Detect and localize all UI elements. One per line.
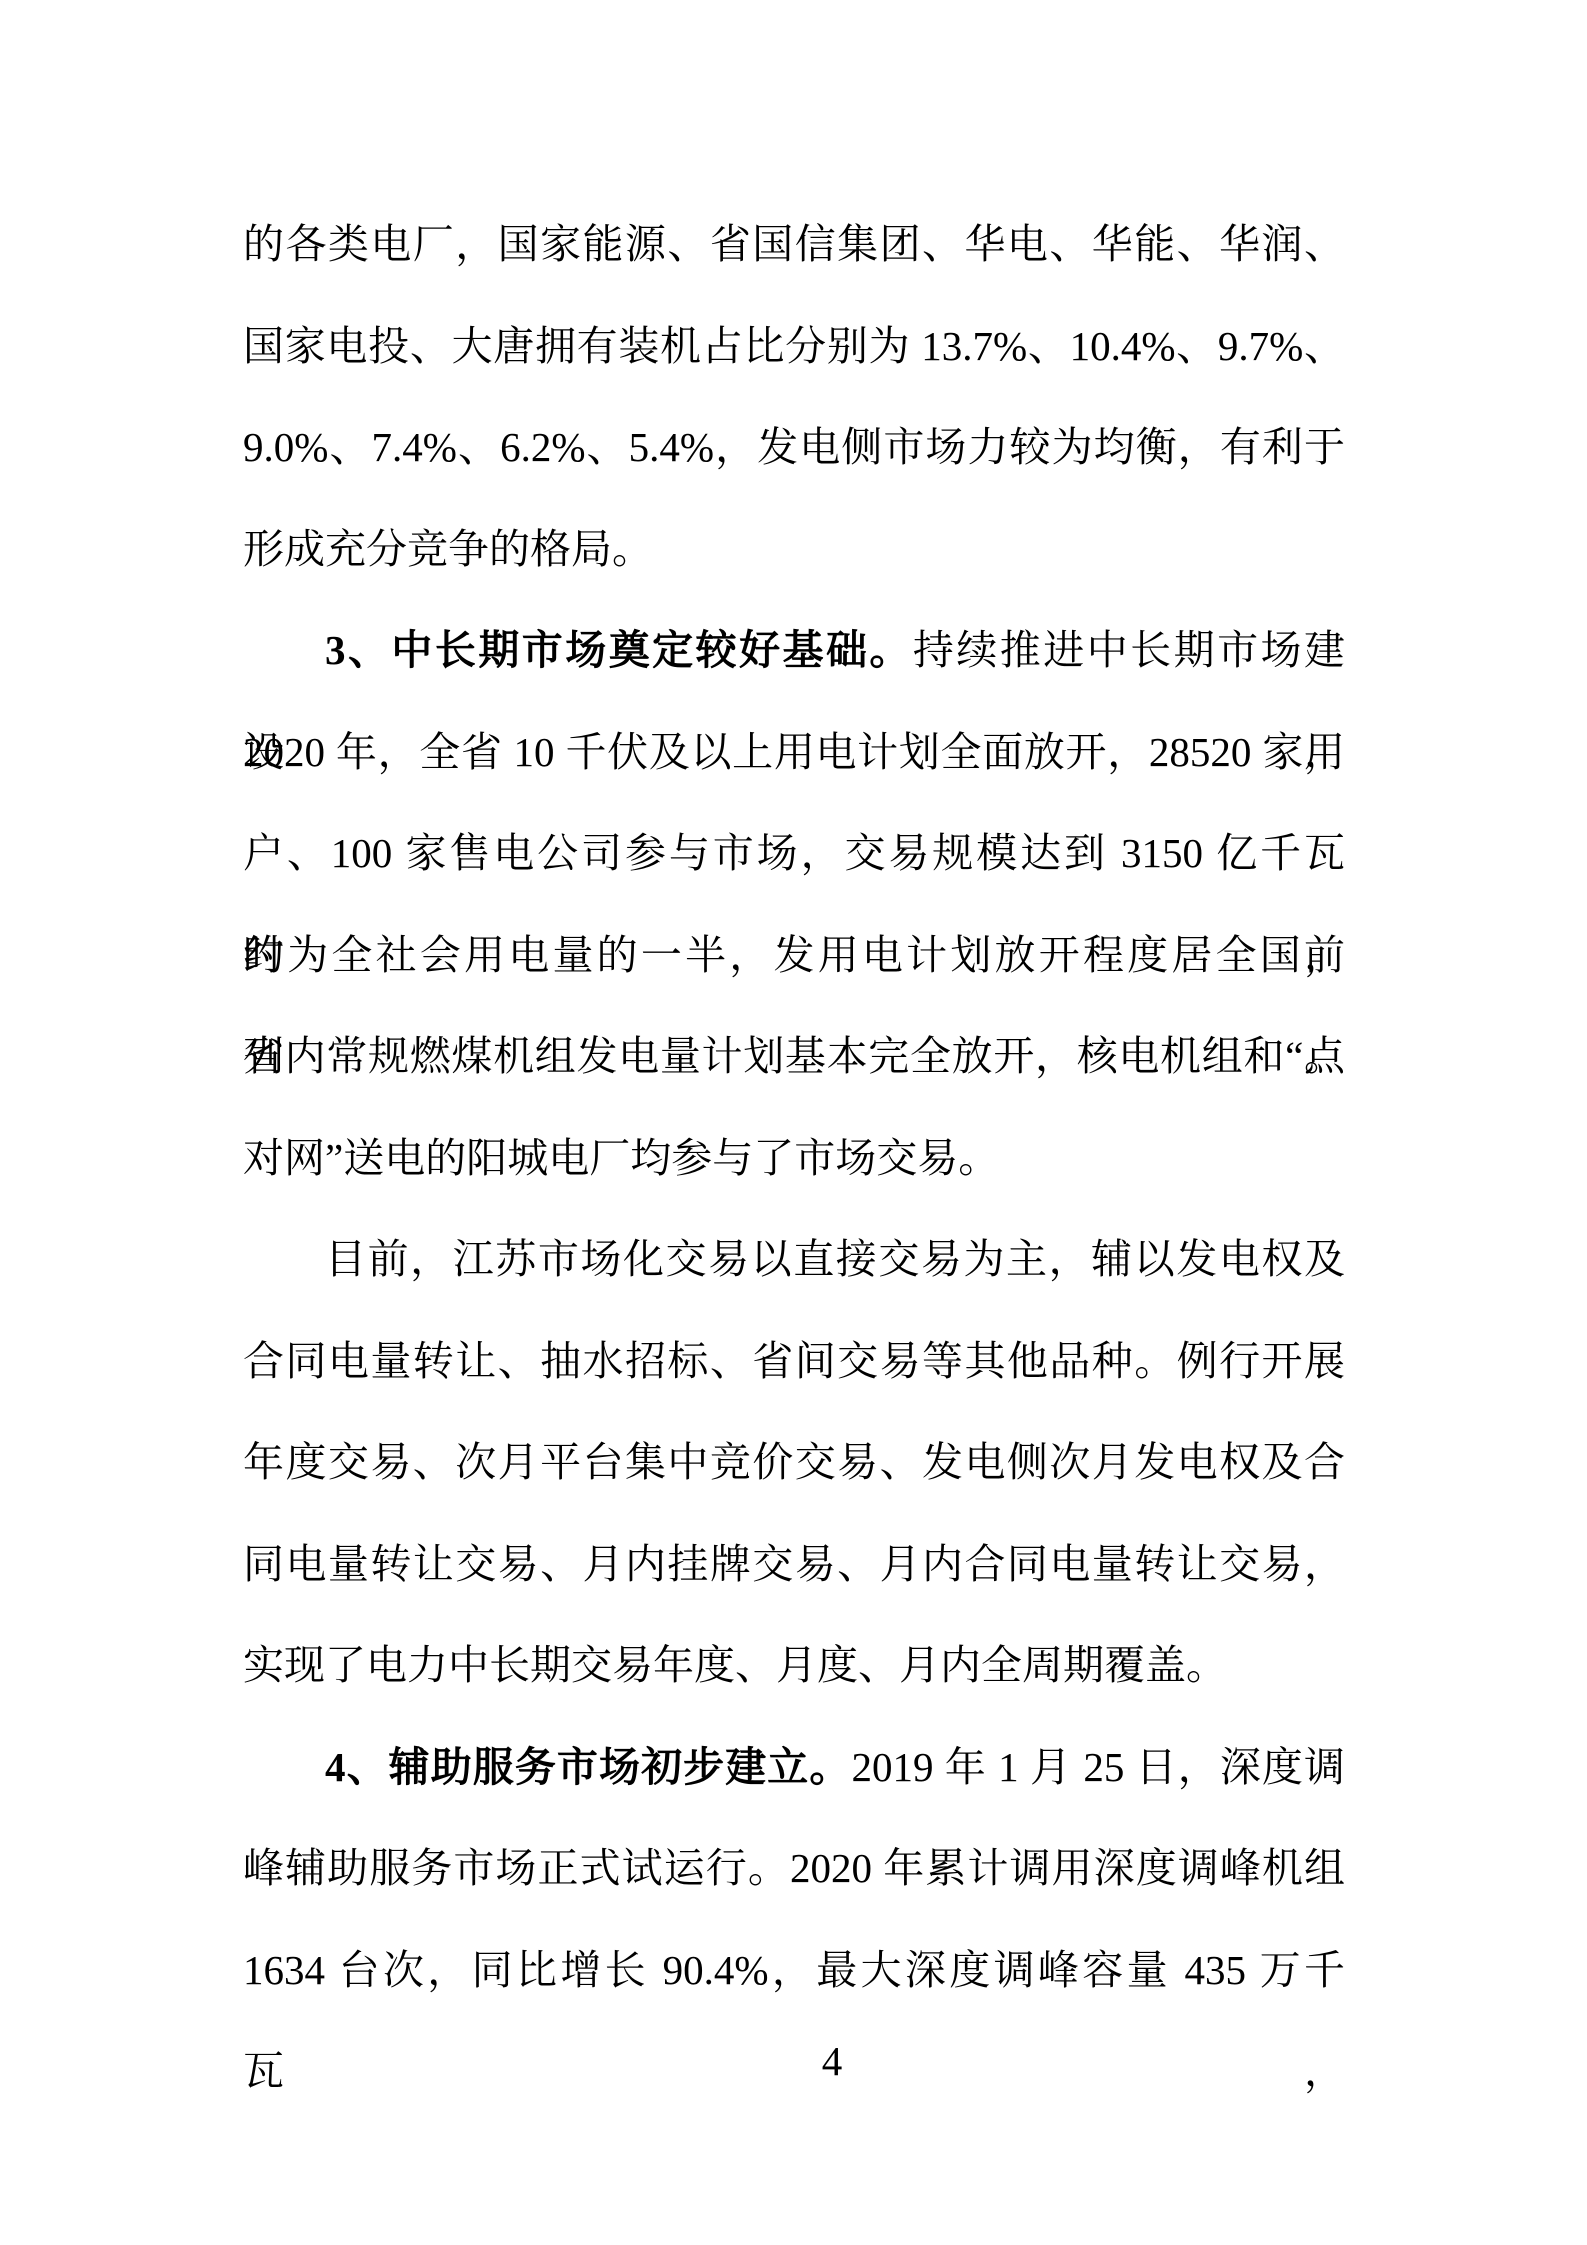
text-line: 省内常规燃煤机组发电量计划基本完全放开，核电机组和“点 [243,1006,1345,1108]
text-line: 峰辅助服务市场正式试运行。2020 年累计调用深度调峰机组 [243,1818,1345,1920]
text-line: 形成充分竞争的格局。 [243,499,1345,601]
text-line: 的各类电厂，国家能源、省国信集团、华电、华能、华润、 [243,194,1345,296]
text-segment: 2020 年，全省 10 千伏及以上用电计划全面放开，28520 家用 [243,729,1345,775]
text-segment: 目前，江苏市场化交易以直接交易为主，辅以发电权及 [325,1236,1345,1282]
text-segment: 省内常规燃煤机组发电量计划基本完全放开，核电机组和“点 [243,1033,1345,1079]
text-segment: 峰辅助服务市场正式试运行。2020 年累计调用深度调峰机组 [243,1845,1345,1891]
text-line: 9.0%、7.4%、6.2%、5.4%，发电侧市场力较为均衡，有利于 [243,397,1345,499]
document-page: 的各类电厂，国家能源、省国信集团、华电、华能、华润、国家电投、大唐拥有装机占比分… [0,0,1587,2245]
document-body-text: 的各类电厂，国家能源、省国信集团、华电、华能、华润、国家电投、大唐拥有装机占比分… [243,194,1345,2021]
text-line: 国家电投、大唐拥有装机占比分别为 13.7%、10.4%、9.7%、 [243,296,1345,398]
page-number: 4 [822,2041,843,2082]
text-line: 对网”送电的阳城电厂均参与了市场交易。 [243,1108,1345,1210]
text-segment: 合同电量转让、抽水招标、省间交易等其他品种。例行开展 [243,1338,1345,1384]
text-segment: 形成充分竞争的格局。 [243,526,653,572]
text-line: 4、辅助服务市场初步建立。2019 年 1 月 25 日，深度调 [243,1717,1345,1819]
text-line: 年度交易、次月平台集中竞价交易、发电侧次月发电权及合 [243,1412,1345,1514]
text-segment: 年度交易、次月平台集中竞价交易、发电侧次月发电权及合 [243,1439,1345,1485]
text-segment: 1634 台次，同比增长 90.4%，最大深度调峰容量 435 万千瓦， [243,1947,1345,2095]
text-segment: 同电量转让交易、月内挂牌交易、月内合同电量转让交易， [243,1541,1345,1587]
text-line: 合同电量转让、抽水招标、省间交易等其他品种。例行开展 [243,1311,1345,1413]
text-line: 2020 年，全省 10 千伏及以上用电计划全面放开，28520 家用 [243,702,1345,804]
text-segment-bold: 3、中长期市场奠定较好基础。 [325,627,913,673]
text-segment: 实现了电力中长期交易年度、月度、月内全周期覆盖。 [243,1642,1227,1688]
text-segment: 对网”送电的阳城电厂均参与了市场交易。 [243,1135,999,1181]
text-segment: 9.0%、7.4%、6.2%、5.4%，发电侧市场力较为均衡，有利于 [243,424,1345,470]
text-segment: 的各类电厂，国家能源、省国信集团、华电、华能、华润、 [243,221,1345,267]
text-segment-bold: 4、辅助服务市场初步建立。 [325,1744,851,1790]
text-line: 户、100 家售电公司参与市场，交易规模达到 3150 亿千瓦时， [243,803,1345,905]
text-segment: 国家电投、大唐拥有装机占比分别为 13.7%、10.4%、9.7%、 [243,323,1345,369]
text-line: 目前，江苏市场化交易以直接交易为主，辅以发电权及 [243,1209,1345,1311]
text-line: 实现了电力中长期交易年度、月度、月内全周期覆盖。 [243,1615,1345,1717]
text-line: 3、中长期市场奠定较好基础。持续推进中长期市场建设， [243,600,1345,702]
text-line: 约为全社会用电量的一半，发用电计划放开程度居全国前列。 [243,905,1345,1007]
text-line: 1634 台次，同比增长 90.4%，最大深度调峰容量 435 万千瓦， [243,1920,1345,2022]
text-line: 同电量转让交易、月内挂牌交易、月内合同电量转让交易， [243,1514,1345,1616]
text-segment: 2019 年 1 月 25 日，深度调 [851,1744,1345,1790]
